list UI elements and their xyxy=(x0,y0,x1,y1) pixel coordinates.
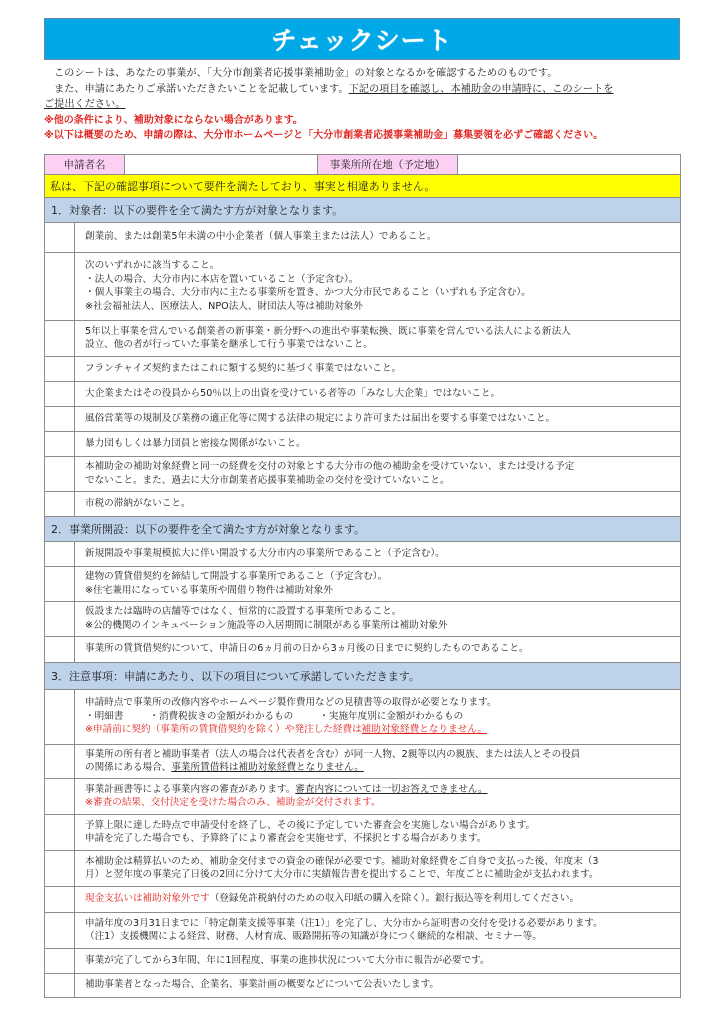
checkbox-cell[interactable] xyxy=(45,431,75,456)
checklist-row: 暴力団もしくは暴力団員と密接な関係がないこと。 xyxy=(45,431,681,456)
checkbox-cell[interactable] xyxy=(45,320,75,356)
item-text: 現金支払いは補助対象外です（登録免許税納付のための収入印紙の購入を除く）。銀行振… xyxy=(75,886,681,912)
item-text: 申請年度の3月31日までに「特定創業支援等事業（注1）」を完了し、大分市から証明… xyxy=(75,912,681,948)
checklist-row: 事業計画書等による事業内容の審査があります。審査内容については一切お答えできませ… xyxy=(45,778,681,814)
intro-text: このシートは、あなたの事業が、「大分市創業者応援事業補助金」の対象となるかを確認… xyxy=(44,66,680,144)
checklist-row: 本補助金は精算払いのため、補助金交付までの資金の確保が必要です。補助対象経費をご… xyxy=(45,850,681,886)
checklist-row: 申請時点で事業所の改修内容やホームページ製作費用などの見積書等の取得が必要となり… xyxy=(45,689,681,744)
item-text: 事業所の賃貸借契約について、申請日の6ヵ月前の日から3ヵ月後の日までに契約したも… xyxy=(75,636,681,662)
intro-line-3-underlined: ご提出ください。 xyxy=(44,99,126,110)
checklist-row: 事業所の所有者と補助事業者（法人の場合は代表者を含む）が同一人物、2親等以内の親… xyxy=(45,744,681,778)
warning-2: ※以下は概要のため、申請の際は、大分市ホームページと「大分市創業者応援事業補助金… xyxy=(44,128,680,144)
checkbox-cell[interactable] xyxy=(45,886,75,912)
red-note: ※申請前に契約（事業所の賃貸借契約を除く）や発注した経費は補助対象経費となりませ… xyxy=(85,723,674,737)
item-text: 事業が完了してから3年間、年に1回程度、事業の進捗状況について大分市に報告が必要… xyxy=(75,948,681,973)
checkbox-cell[interactable] xyxy=(45,744,75,778)
checklist-table: 申請者名 事業所所在地（予定地） 私は、下記の確認事項について要件を満たしており… xyxy=(44,154,681,998)
checkbox-cell[interactable] xyxy=(45,850,75,886)
applicant-name-label: 申請者名 xyxy=(45,154,125,174)
warning-1: ※他の条件により、補助対象にならない場合があります。 xyxy=(44,113,680,129)
checklist-row: 現金支払いは補助対象外です（登録免許税納付のための収入印紙の購入を除く）。銀行振… xyxy=(45,886,681,912)
red-note: ※審査の結果、交付決定を受けた場合のみ、補助金が交付されます。 xyxy=(85,796,674,810)
checkbox-cell[interactable] xyxy=(45,912,75,948)
checkbox-cell[interactable] xyxy=(45,491,75,516)
checkbox-cell[interactable] xyxy=(45,973,75,997)
checklist-row: 創業前、または創業5年未満の中小企業者（個人事業主または法人）であること。 xyxy=(45,222,681,252)
checklist-row: 次のいずれかに該当すること。 ・法人の場合、大分市内に本店を置いていること（予定… xyxy=(45,252,681,320)
checkbox-cell[interactable] xyxy=(45,566,75,601)
checklist-row: 予算上限に達した時点で申請受付を終了し、その後に予定していた審査会を実施しない場… xyxy=(45,814,681,850)
checkbox-cell[interactable] xyxy=(45,356,75,381)
checklist-row: 建物の賃貸借契約を締結して開設する事業所であること（予定含む）。 ※住宅兼用にな… xyxy=(45,566,681,601)
section-1-header: 1．対象者：以下の要件を全て満たす方が対象となります。 xyxy=(45,197,681,222)
item-text: 建物の賃貸借契約を締結して開設する事業所であること（予定含む）。 ※住宅兼用にな… xyxy=(75,566,681,601)
section-1-header-row: 1．対象者：以下の要件を全て満たす方が対象となります。 xyxy=(45,197,681,222)
checkbox-cell[interactable] xyxy=(45,601,75,636)
declaration-row: 私は、下記の確認事項について要件を満たしており、事実と相違ありません。 xyxy=(45,174,681,197)
item-text: 大企業またはその役員から50％以上の出資を受けている者等の「みなし大企業」ではな… xyxy=(75,381,681,406)
checklist-row: 本補助金の補助対象経費と同一の経費を交付の対象とする大分市の他の補助金を受けてい… xyxy=(45,456,681,491)
item-text: 暴力団もしくは暴力団員と密接な関係がないこと。 xyxy=(75,431,681,456)
declaration-text: 私は、下記の確認事項について要件を満たしており、事実と相違ありません。 xyxy=(45,174,681,197)
checkbox-cell[interactable] xyxy=(45,541,75,566)
document-bullets: ・明細書・消費税抜きの金額がわかるもの・実施年度別に金額がわかるもの xyxy=(85,710,674,724)
business-location-label: 事業所所在地（予定地） xyxy=(318,154,458,174)
checkbox-cell[interactable] xyxy=(45,406,75,431)
checklist-row: 事業が完了してから3年間、年に1回程度、事業の進捗状況について大分市に報告が必要… xyxy=(45,948,681,973)
checkbox-cell[interactable] xyxy=(45,381,75,406)
checklist-row: 5年以上事業を営んでいる創業者の新事業・新分野への進出や事業転換、既に事業を営ん… xyxy=(45,320,681,356)
item-text: 新規開設や事業規模拡大に伴い開設する大分市内の事業所であること（予定含む）。 xyxy=(75,541,681,566)
item-text: 市税の滞納がないこと。 xyxy=(75,491,681,516)
item-text: 仮設または臨時の店舗等ではなく、恒常的に設置する事業所であること。 ※公的機関の… xyxy=(75,601,681,636)
business-location-field[interactable] xyxy=(458,154,681,174)
item-text: 補助事業者となった場合、企業名、事業計画の概要などについて公表いたします。 xyxy=(75,973,681,997)
checklist-row: 事業所の賃貸借契約について、申請日の6ヵ月前の日から3ヵ月後の日までに契約したも… xyxy=(45,636,681,662)
item-text: 予算上限に達した時点で申請受付を終了し、その後に予定していた審査会を実施しない場… xyxy=(75,814,681,850)
item-text: 事業所の所有者と補助事業者（法人の場合は代表者を含む）が同一人物、2親等以内の親… xyxy=(75,744,681,778)
section-2-header-row: 2．事業所開設：以下の要件を全て満たす方が対象となります。 xyxy=(45,516,681,541)
section-3-header: 3．注意事項：申請にあたり、以下の項目について承諾していただきます。 xyxy=(45,662,681,689)
checklist-row: 仮設または臨時の店舗等ではなく、恒常的に設置する事業所であること。 ※公的機関の… xyxy=(45,601,681,636)
checkbox-cell[interactable] xyxy=(45,814,75,850)
title-banner: チェックシート xyxy=(44,18,680,60)
checkbox-cell[interactable] xyxy=(45,456,75,491)
checkbox-cell[interactable] xyxy=(45,252,75,320)
item-text: 申請時点で事業所の改修内容やホームページ製作費用などの見積書等の取得が必要となり… xyxy=(75,689,681,744)
checkbox-cell[interactable] xyxy=(45,636,75,662)
section-3-header-row: 3．注意事項：申請にあたり、以下の項目について承諾していただきます。 xyxy=(45,662,681,689)
page-title: チェックシート xyxy=(271,21,452,57)
checkbox-cell[interactable] xyxy=(45,222,75,252)
item-text: 事業計画書等による事業内容の審査があります。審査内容については一切お答えできませ… xyxy=(75,778,681,814)
checkbox-cell[interactable] xyxy=(45,778,75,814)
item-text: 5年以上事業を営んでいる創業者の新事業・新分野への進出や事業転換、既に事業を営ん… xyxy=(75,320,681,356)
intro-line-2-plain: また、申請にあたりご承諾いただきたいことを記載しています。 xyxy=(54,84,349,95)
item-text: 次のいずれかに該当すること。 ・法人の場合、大分市内に本店を置いていること（予定… xyxy=(75,252,681,320)
item-text: 創業前、または創業5年未満の中小企業者（個人事業主または法人）であること。 xyxy=(75,222,681,252)
item-text: 風俗営業等の規制及び業務の適正化等に関する法律の規定により許可または届出を要する… xyxy=(75,406,681,431)
checklist-row: 風俗営業等の規制及び業務の適正化等に関する法律の規定により許可または届出を要する… xyxy=(45,406,681,431)
section-2-header: 2．事業所開設：以下の要件を全て満たす方が対象となります。 xyxy=(45,516,681,541)
check-sheet-page: チェックシート このシートは、あなたの事業が、「大分市創業者応援事業補助金」の対… xyxy=(44,18,680,998)
checkbox-cell[interactable] xyxy=(45,948,75,973)
checklist-row: 新規開設や事業規模拡大に伴い開設する大分市内の事業所であること（予定含む）。 xyxy=(45,541,681,566)
checklist-row: 市税の滞納がないこと。 xyxy=(45,491,681,516)
checklist-row: 申請年度の3月31日までに「特定創業支援等事業（注1）」を完了し、大分市から証明… xyxy=(45,912,681,948)
checkbox-cell[interactable] xyxy=(45,689,75,744)
intro-line-2: また、申請にあたりご承諾いただきたいことを記載しています。下記の項目を確認し、本… xyxy=(44,82,680,98)
checklist-row: フランチャイズ契約またはこれに類する契約に基づく事業ではないこと。 xyxy=(45,356,681,381)
applicant-row: 申請者名 事業所所在地（予定地） xyxy=(45,154,681,174)
intro-line-1: このシートは、あなたの事業が、「大分市創業者応援事業補助金」の対象となるかを確認… xyxy=(44,66,680,82)
item-text: 本補助金は精算払いのため、補助金交付までの資金の確保が必要です。補助対象経費をご… xyxy=(75,850,681,886)
checklist-row: 大企業またはその役員から50％以上の出資を受けている者等の「みなし大企業」ではな… xyxy=(45,381,681,406)
applicant-name-field[interactable] xyxy=(125,154,318,174)
intro-line-3: ご提出ください。 xyxy=(44,97,680,113)
checklist-row: 補助事業者となった場合、企業名、事業計画の概要などについて公表いたします。 xyxy=(45,973,681,997)
item-text: フランチャイズ契約またはこれに類する契約に基づく事業ではないこと。 xyxy=(75,356,681,381)
item-text: 本補助金の補助対象経費と同一の経費を交付の対象とする大分市の他の補助金を受けてい… xyxy=(75,456,681,491)
intro-line-2-underlined: 下記の項目を確認し、本補助金の申請時に、このシートを xyxy=(349,84,614,95)
